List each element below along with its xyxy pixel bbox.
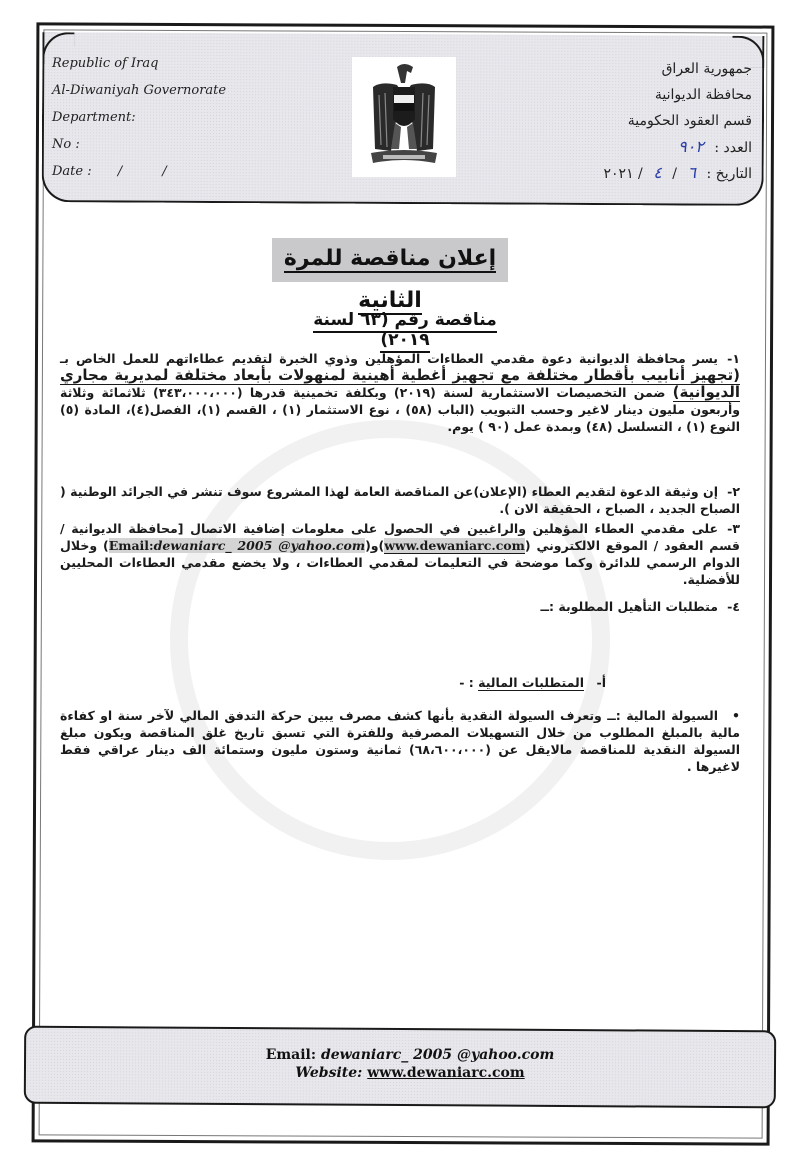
liquidity-text: السيولة المالية :ــ وتعرف السيولة النقدي… — [60, 708, 740, 774]
date-label-en: Date : — [52, 164, 92, 179]
letterhead-english: Republic of Iraq Al-Diwaniyah Governorat… — [52, 50, 226, 185]
clause-number: ٤- — [718, 598, 740, 615]
footer-email[interactable]: dewaniarc_ 2005 @yahoo.com — [321, 1047, 554, 1063]
date-row-en: Date : / / — [52, 158, 226, 185]
no-label-en: No : — [52, 131, 226, 158]
tender-number: مناقصة رقم (٦٣ لسنة ٢٠١٩) — [290, 310, 520, 350]
date-day-ar: ٦ — [681, 163, 702, 182]
sub-suffix: : - — [459, 675, 478, 690]
governorate-en: Al-Diwaniyah Governorate — [52, 77, 226, 104]
sub-label: المتطلبات المالية — [478, 675, 584, 691]
number-label-ar: العدد : — [714, 140, 752, 156]
date-sep-2: / — [638, 166, 643, 182]
date-row-ar: التاريخ : ٦ / ٤ / ٢٠٢١ — [604, 160, 752, 186]
clause-number: ٣- — [718, 520, 740, 537]
clause-1-details: ضمن التخصيصات الاستثمارية لسنة (٢٠١٩) وب… — [60, 385, 740, 434]
department-label-en: Department: — [52, 104, 226, 131]
clause-4-text: متطلبات التأهيل المطلوبة :ــ — [540, 599, 718, 614]
footer-contact: Email: dewaniarc_ 2005 @yahoo.com Websit… — [200, 1046, 620, 1082]
footer-website-row: Website: www.dewaniarc.com — [200, 1064, 620, 1082]
financial-requirements-heading: أ-المتطلبات المالية : - — [60, 674, 740, 691]
date-slashes-en: / / — [118, 158, 185, 185]
clause-1: ١-يسر محافظة الديوانية دعوة مقدمي العطاء… — [60, 350, 740, 435]
country-en: Republic of Iraq — [52, 50, 226, 77]
clause-2-text: إن وثيقة الدعوة لتقديم العطاء (الإعلان)ع… — [60, 484, 740, 516]
liquidity-bullet: •السيولة المالية :ــ وتعرف السيولة النقد… — [60, 707, 740, 775]
date-month-ar: ٤ — [647, 163, 668, 182]
footer-email-label: Email: — [266, 1047, 316, 1063]
country-ar: جمهورية العراق — [604, 56, 752, 82]
email-address: dewaniarc_ 2005 @yahoo.com — [154, 538, 365, 553]
department-ar: قسم العقود الحكومية — [604, 108, 752, 134]
emblem-icon — [352, 57, 456, 177]
clause-number: ٢- — [718, 483, 740, 500]
date-year-ar: ٢٠٢١ — [604, 166, 634, 182]
footer-email-row: Email: dewaniarc_ 2005 @yahoo.com — [200, 1046, 620, 1064]
clause-3-email[interactable]: Email:dewaniarc_ 2005 @yahoo.com — [109, 538, 365, 553]
clause-3-website-link[interactable]: www.dewaniarc.com — [384, 538, 525, 554]
clause-number: ١- — [718, 350, 740, 367]
date-label-ar: التاريخ : — [706, 166, 752, 182]
footer-website-link[interactable]: www.dewaniarc.com — [367, 1065, 524, 1081]
subtitle-text: مناقصة رقم (٦٣ لسنة ٢٠١٩) — [313, 310, 497, 353]
clause-4: ٤-متطلبات التأهيل المطلوبة :ــ — [60, 598, 740, 615]
footer-website-label: Website: — [295, 1065, 362, 1081]
date-sep-1: / — [672, 166, 677, 182]
clause-3-conj: )و( — [365, 538, 384, 553]
clause-3: ٣-على مقدمي العطاء المؤهلين والراغبين في… — [60, 520, 740, 588]
bullet-icon: • — [718, 707, 740, 724]
sub-letter: أ- — [584, 674, 606, 691]
number-row-ar: العدد : ٩٠٢ — [604, 134, 752, 160]
letterhead-arabic: جمهورية العراق محافظة الديوانية قسم العق… — [604, 56, 752, 186]
governorate-ar: محافظة الديوانية — [604, 82, 752, 108]
document-title: إعلان مناقصة للمرة الثانية — [272, 238, 508, 282]
email-label: Email: — [109, 538, 154, 553]
clause-1-intro: يسر محافظة الديوانية دعوة مقدمي العطاءات… — [60, 351, 718, 366]
clause-2: ٢-إن وثيقة الدعوة لتقديم العطاء (الإعلان… — [60, 483, 740, 517]
number-value-ar: ٩٠٢ — [672, 137, 710, 156]
